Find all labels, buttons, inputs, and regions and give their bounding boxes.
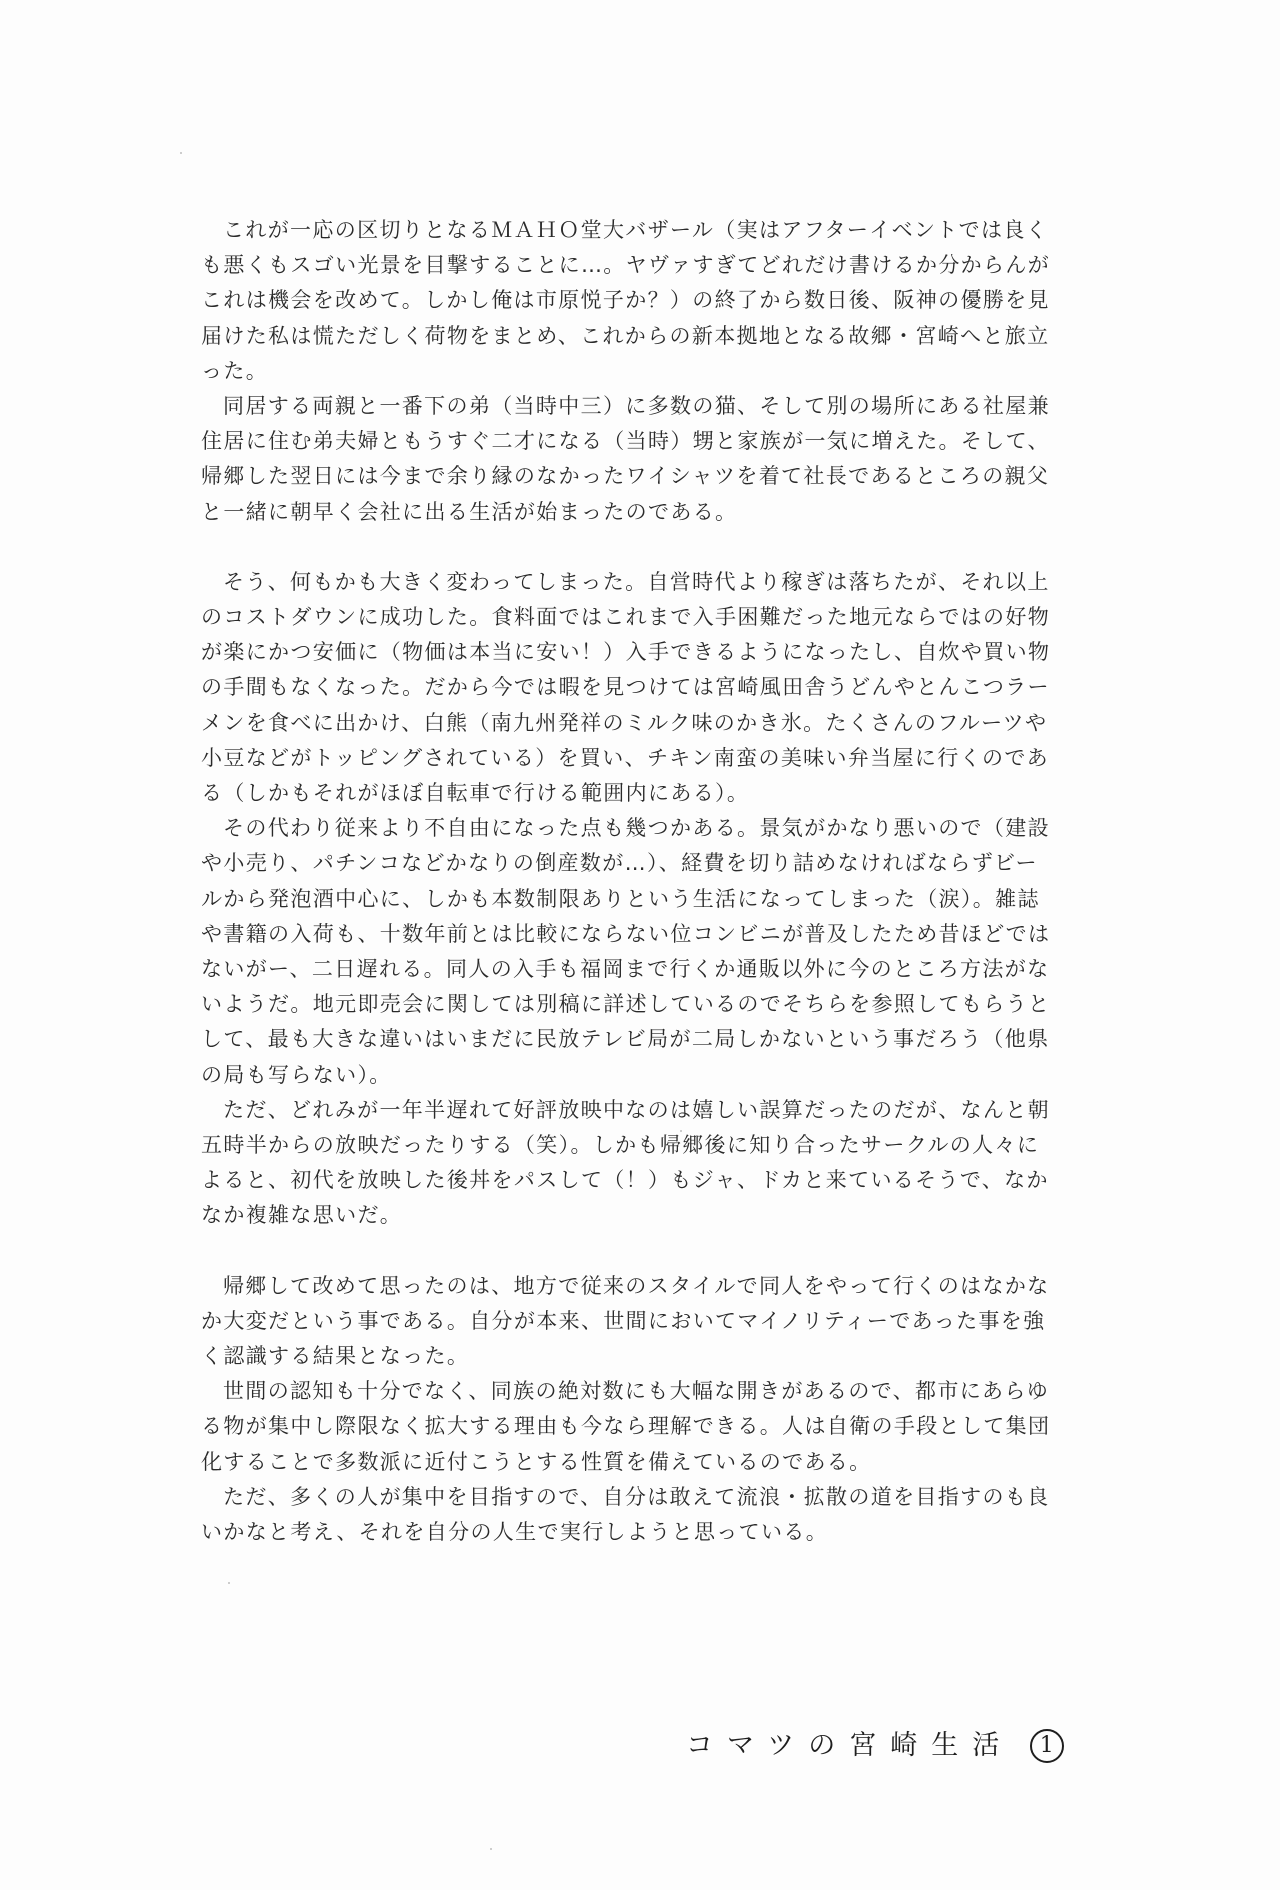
text-line: これは機会を改めて。しかし俺は市原悦子か？）の終了から数日後、阪神の優勝を見 xyxy=(201,283,1121,318)
text-line: して、最も大きな違いはいまだに民放テレビ局が二局しかないという事だろう（他県 xyxy=(201,1022,1121,1057)
paragraph-break xyxy=(201,530,1121,565)
circled-number-badge: 1 xyxy=(1030,1729,1064,1763)
text-line: や書籍の入荷も、十数年前とは比較にならない位コンビニが普及したため昔ほどでは xyxy=(201,917,1121,952)
text-line: これが一応の区切りとなるＭＡＨＯ堂大バザール（実はアフターイベントでは良く xyxy=(201,213,1121,248)
text-line: く認識する結果となった。 xyxy=(201,1339,1121,1374)
text-line: 五時半からの放映だったりする（笑）。しかも帰郷後に知り合ったサークルの人々に xyxy=(201,1128,1121,1163)
text-line: その代わり従来より不自由になった点も幾つかある。景気がかなり悪いので（建設 xyxy=(201,811,1121,846)
text-line: ルから発泡酒中心に、しかも本数制限ありという生活になってしまった（涙）。雑誌 xyxy=(201,882,1121,917)
text-line: ないがー、二日遅れる。同人の入手も福岡まで行くか通販以外に今のところ方法がな xyxy=(201,952,1121,987)
text-line: 帰郷して改めて思ったのは、地方で従来のスタイルで同人をやって行くのはなかな xyxy=(201,1269,1121,1304)
text-line: いかなと考え、それを自分の人生で実行しようと思っている。 xyxy=(201,1515,1121,1550)
section-title-footer: コマツの宮崎生活 1 xyxy=(686,1723,1064,1763)
text-line: 帰郷した翌日には今まで余り縁のなかったワイシャツを着て社長であるところの親父 xyxy=(201,459,1121,494)
scan-speck xyxy=(680,1130,682,1132)
text-line: 同居する両親と一番下の弟（当時中三）に多数の猫、そして別の場所にある社屋兼 xyxy=(201,389,1121,424)
article-body: これが一応の区切りとなるＭＡＨＯ堂大バザール（実はアフターイベントでは良く も悪… xyxy=(201,213,1121,1550)
text-line: か大変だという事である。自分が本来、世間においてマイノリティーであった事を強 xyxy=(201,1304,1121,1339)
text-line: った。 xyxy=(201,354,1121,389)
text-line: いようだ。地元即売会に関しては別稿に詳述しているのでそちらを参照してもらうと xyxy=(201,987,1121,1022)
text-line: 世間の認知も十分でなく、同族の絶対数にも大幅な開きがあるので、都市にあらゆ xyxy=(201,1374,1121,1409)
text-line: 小豆などがトッピングされている）を買い、チキン南蛮の美味い弁当屋に行くのであ xyxy=(201,741,1121,776)
paragraph-break xyxy=(201,1233,1121,1268)
text-line: ただ、どれみが一年半遅れて好評放映中なのは嬉しい誤算だったのだが、なんと朝 xyxy=(201,1093,1121,1128)
text-line: よると、初代を放映した後丼をパスして（！）もジャ、ドカと来ているそうで、なか xyxy=(201,1163,1121,1198)
text-line: 化することで多数派に近付こうとする性質を備えているのである。 xyxy=(201,1445,1121,1480)
text-line: の局も写らない）。 xyxy=(201,1058,1121,1093)
text-line: のコストダウンに成功した。食料面ではこれまで入手困難だった地元ならではの好物 xyxy=(201,600,1121,635)
text-line: メンを食べに出かけ、白熊（南九州発祥のミルク味のかき氷。たくさんのフルーツや xyxy=(201,706,1121,741)
text-line: と一緒に朝早く会社に出る生活が始まったのである。 xyxy=(201,495,1121,530)
text-line: も悪くもスゴい光景を目撃することに…。ヤヴァすぎてどれだけ書けるか分からんが xyxy=(201,248,1121,283)
scan-speck xyxy=(180,152,182,154)
text-line: ただ、多くの人が集中を目指すので、自分は敢えて流浪・拡散の道を目指すのも良 xyxy=(201,1480,1121,1515)
text-line: 届けた私は慌ただしく荷物をまとめ、これからの新本拠地となる故郷・宮崎へと旅立 xyxy=(201,319,1121,354)
scan-speck xyxy=(228,1582,230,1584)
text-line: なか複雑な思いだ。 xyxy=(201,1198,1121,1233)
text-line: 住居に住む弟夫婦ともうすぐ二才になる（当時）甥と家族が一気に増えた。そして、 xyxy=(201,424,1121,459)
text-line: や小売り、パチンコなどかなりの倒産数が…）、経費を切り詰めなければならずビー xyxy=(201,846,1121,881)
text-line: そう、何もかも大きく変わってしまった。自営時代より稼ぎは落ちたが、それ以上 xyxy=(201,565,1121,600)
document-page: これが一応の区切りとなるＭＡＨＯ堂大バザール（実はアフターイベントでは良く も悪… xyxy=(0,0,1280,1890)
text-line: る（しかもそれがほぼ自転車で行ける範囲内にある）。 xyxy=(201,776,1121,811)
scan-speck xyxy=(490,1848,492,1850)
text-line: る物が集中し際限なく拡大する理由も今なら理解できる。人は自衛の手段として集団 xyxy=(201,1409,1121,1444)
footer-title-text: コマツの宮崎生活 xyxy=(686,1730,1013,1761)
text-line: の手間もなくなった。だから今では暇を見つけては宮崎風田舎うどんやとんこつラー xyxy=(201,670,1121,705)
text-line: が楽にかつ安価に（物価は本当に安い！）入手できるようになったし、自炊や買い物 xyxy=(201,635,1121,670)
